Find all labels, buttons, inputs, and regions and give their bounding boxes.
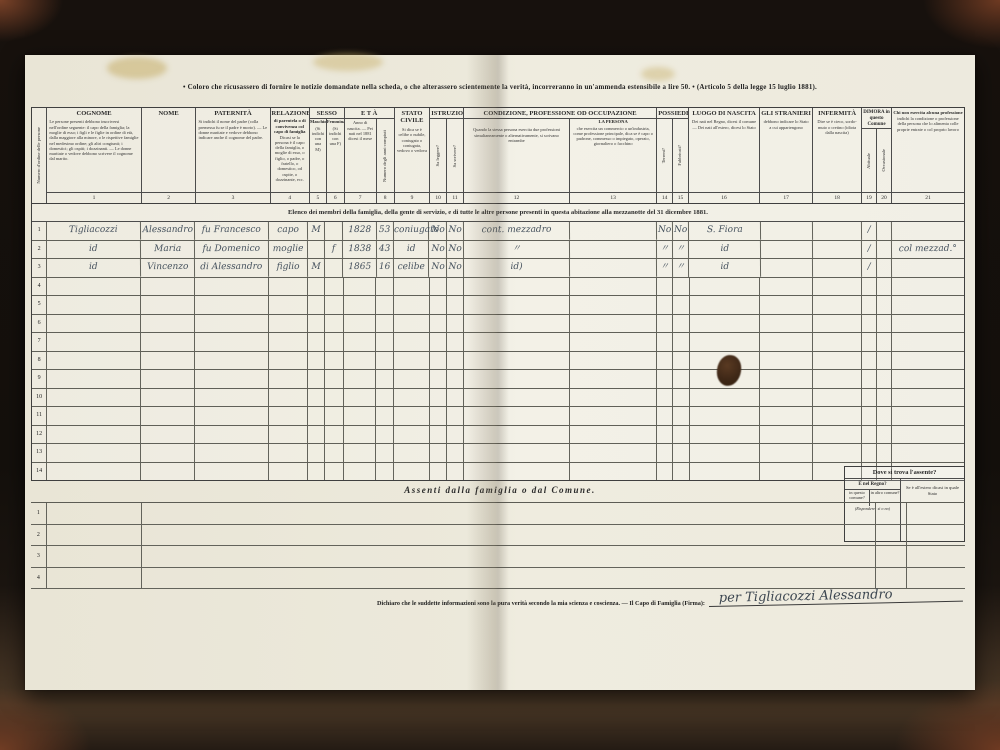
cognome-desc: Le persone presenti debbono inscriversi …	[47, 118, 140, 192]
col-num: 19	[862, 192, 876, 203]
cell-c3	[851, 525, 876, 546]
chi-non-esercita-title: Chi non esercita alcuna professione	[892, 108, 964, 115]
header-stranieri: GLI STRANIERI debbono indicare lo Stato …	[760, 108, 813, 203]
cell-professione	[464, 315, 570, 333]
cell-sesso_m	[308, 315, 325, 333]
paternita-title: PATERNITÀ	[196, 108, 269, 118]
cell-stranieri	[760, 426, 813, 444]
cell-luogo	[690, 278, 761, 296]
maschio-note: (Si indichi con una M)	[310, 125, 326, 192]
col-num: 7	[345, 192, 376, 203]
condizione-title: CONDIZIONE, PROFESSIONE OD OCCUPAZIONE	[464, 108, 656, 118]
cell-sesso_m	[308, 240, 325, 258]
relazione-desc: Dicasi se la persona è il capo della fam…	[271, 134, 309, 192]
cell-sesso_m	[308, 426, 325, 444]
cell-dim_oc	[877, 222, 892, 240]
col-num: 18	[813, 192, 861, 203]
cell-cognome	[47, 352, 141, 370]
cell-cognome	[47, 407, 141, 425]
cell-cognome: Tigliacozzi	[47, 222, 141, 240]
stranieri-title: GLI STRANIERI	[760, 108, 812, 118]
cell-relazione	[269, 389, 308, 407]
cell-persona	[570, 370, 657, 388]
cell-scrive	[447, 407, 464, 425]
cell-dim_ab	[862, 444, 877, 462]
cell-num: 12	[32, 426, 47, 444]
header-eta-anni: Numero degli anni compiuti 8	[377, 119, 394, 203]
header-dimora-occasionale: Occasionale 20	[877, 129, 891, 203]
col-num: 10	[430, 192, 446, 203]
cell-persona	[570, 389, 657, 407]
femmina-note: (Si indichi con una F)	[327, 125, 344, 192]
cell-sesso_m	[308, 333, 325, 351]
cell-terreni	[657, 407, 673, 425]
cell-num: 5	[32, 296, 47, 314]
header-sa-leggere: Sa leggere? 10	[430, 119, 447, 203]
eta-title: E T À	[345, 108, 394, 118]
cell-persona	[570, 222, 657, 240]
cell-cognome	[47, 444, 141, 462]
cell-num: 2	[31, 525, 47, 546]
header-fabbricati: Fabbricati? 15	[673, 119, 688, 203]
cell-stato	[394, 444, 429, 462]
cell-professione	[464, 444, 570, 462]
cell-stato: coniugato	[394, 222, 429, 240]
cell-sesso_f	[325, 444, 343, 462]
cell-stato	[394, 278, 429, 296]
cell-anni	[376, 426, 394, 444]
cell-dim_oc	[877, 444, 892, 462]
table-row: 3idVincenzodi AlessandrofiglioM186516cel…	[32, 259, 964, 278]
cell-paternita	[195, 352, 269, 370]
cell-terreni	[657, 463, 673, 481]
cell-fabbricati	[673, 426, 689, 444]
header-eta-anno: Anno di nascita. — Pei nati nel 1881 dic…	[345, 119, 377, 203]
main-table: Numero d'ordine delle persone COGNOME Le…	[31, 107, 965, 481]
col-num: 14	[657, 192, 672, 203]
cell-dim_oc	[877, 315, 892, 333]
cell-terreni	[657, 352, 673, 370]
cell-chi_alimenta	[892, 407, 964, 425]
col-num: 15	[673, 192, 688, 203]
cell-relazione	[269, 444, 308, 462]
condizione-desc: Quando la stessa persona esercita due pr…	[464, 119, 569, 192]
cell-c2	[142, 503, 851, 524]
cell-infermita	[813, 370, 862, 388]
luogo-nascita-title: LUOGO DI NASCITA	[689, 108, 759, 118]
declaration-text: Dichiaro che le suddette informazioni so…	[377, 600, 705, 607]
cell-fabbricati: 〃	[673, 259, 689, 277]
cell-cognome	[47, 278, 141, 296]
cell-stato	[394, 407, 429, 425]
cell-dim_oc	[877, 333, 892, 351]
cell-chi_alimenta	[892, 296, 964, 314]
cell-legge	[430, 278, 447, 296]
header-cognome: COGNOME Le persone presenti debbono insc…	[47, 108, 141, 203]
cell-terreni	[657, 389, 673, 407]
paper-stain	[313, 53, 383, 71]
cell-sesso_m: M	[308, 259, 325, 277]
cell-fabbricati	[673, 296, 689, 314]
cell-paternita: fu Domenico	[195, 240, 269, 258]
cell-cognome	[47, 463, 141, 481]
main-table-header: Numero d'ordine delle persone COGNOME Le…	[32, 108, 964, 204]
cell-nome	[141, 444, 195, 462]
cell-num: 4	[32, 278, 47, 296]
cell-legge	[430, 463, 447, 481]
cell-legge	[430, 315, 447, 333]
cell-sesso_f	[325, 389, 343, 407]
col-num: 5	[310, 192, 326, 203]
header-dimora: DIMORA in questo Comune Abituale 19 Occa…	[862, 108, 892, 203]
cell-relazione	[269, 370, 308, 388]
infermita-desc: Dire se è cieco, sordo-muto o cretino (i…	[813, 118, 861, 192]
cell-terreni	[657, 426, 673, 444]
cell-infermita	[813, 389, 862, 407]
cell-legge	[430, 370, 447, 388]
cell-cognome	[47, 296, 141, 314]
cell-anno	[344, 463, 377, 481]
relazione-subtitle: di parentela o di convivenza col capo di…	[271, 118, 309, 133]
abituale-label: Abituale	[867, 153, 872, 169]
col-num: 2	[142, 192, 196, 203]
table-row: 1	[31, 503, 965, 525]
cell-sesso_m	[308, 463, 325, 481]
cell-stranieri	[760, 444, 813, 462]
cell-scrive	[447, 426, 464, 444]
table-row: 12	[32, 426, 964, 445]
table-row: 14	[32, 463, 964, 481]
cell-stranieri	[760, 222, 813, 240]
sa-leggere-label: Sa leggere?	[436, 145, 441, 166]
cell-sesso_f	[325, 426, 343, 444]
cell-terreni	[657, 296, 673, 314]
cell-cognome	[47, 389, 141, 407]
cell-infermita	[813, 352, 862, 370]
cell-sesso_m	[308, 296, 325, 314]
cell-num: 3	[31, 546, 47, 567]
anni-compiuti-label: Numero degli anni compiuti	[383, 130, 388, 182]
cell-stranieri	[760, 240, 813, 258]
cell-sesso_f	[325, 333, 343, 351]
cell-professione: id)	[464, 259, 570, 277]
cell-dim_ab	[862, 315, 877, 333]
col-num: 9	[395, 192, 430, 203]
cell-stranieri	[760, 333, 813, 351]
cell-paternita	[195, 463, 269, 481]
cell-dim_oc	[877, 407, 892, 425]
cell-num: 4	[31, 568, 47, 589]
cell-terreni	[657, 444, 673, 462]
col-num: 12	[464, 192, 569, 203]
cell-relazione	[269, 315, 308, 333]
cell-relazione	[269, 278, 308, 296]
cell-c5	[907, 503, 965, 524]
cell-anno: 1865	[344, 259, 377, 277]
nome-title: NOME	[142, 108, 196, 118]
cell-c1	[47, 568, 143, 589]
cell-c4	[876, 568, 906, 589]
paper-stain	[107, 57, 167, 79]
cell-legge	[430, 389, 447, 407]
col-num: 3	[196, 192, 269, 203]
cell-persona	[570, 444, 657, 462]
cell-chi_alimenta	[892, 426, 964, 444]
cell-professione	[464, 296, 570, 314]
anno-nascita-desc: Anno di nascita. — Pei nati nel 1881 dic…	[345, 119, 376, 192]
cell-terreni	[657, 370, 673, 388]
cell-dim_ab	[862, 426, 877, 444]
cell-chi_alimenta	[892, 389, 964, 407]
header-sa-scrivere: Sa scrivere? 11	[447, 119, 463, 203]
header-paternita: PATERNITÀ Si indichi il nome del padre (…	[196, 108, 270, 203]
luogo-nascita-desc: Dei nati nel Regno, dicesi il comune — D…	[689, 118, 759, 192]
cell-scrive: No	[447, 222, 464, 240]
header-stato-civile: STATO CIVILE Si dica se è celibe o nubil…	[395, 108, 431, 203]
cell-legge	[430, 296, 447, 314]
cell-infermita	[813, 426, 862, 444]
cell-professione	[464, 278, 570, 296]
main-table-body: 1TigliacozziAlessandrofu FrancescocapoM1…	[32, 222, 964, 480]
cell-anno	[344, 296, 377, 314]
cell-infermita	[813, 315, 862, 333]
declaration-row: Dichiaro che le suddette informazioni so…	[377, 591, 963, 607]
cell-nome: Maria	[141, 240, 196, 258]
cell-c2	[142, 525, 851, 546]
header-infermita: INFERMITÀ Dire se è cieco, sordo-muto o …	[813, 108, 862, 203]
cell-luogo	[690, 296, 761, 314]
header-condizione-13: LA PERSONA che esercita un commercio o u…	[570, 119, 656, 203]
cell-anni	[376, 296, 394, 314]
cell-relazione	[269, 463, 308, 481]
cell-relazione	[269, 426, 308, 444]
cell-scrive	[447, 352, 464, 370]
stato-civile-title: STATO CIVILE	[395, 108, 430, 126]
cell-num: 3	[32, 259, 47, 277]
cell-sesso_m	[308, 278, 325, 296]
table-row: 4	[31, 568, 965, 590]
header-terreni: Terreni? 14	[657, 119, 673, 203]
header-dimora-abituale: Abituale 19	[862, 129, 877, 203]
cell-relazione: figlio	[269, 259, 308, 277]
cell-scrive	[447, 296, 464, 314]
cell-scrive	[447, 370, 464, 388]
cell-anno	[344, 370, 377, 388]
cell-nome	[141, 426, 195, 444]
cell-professione	[464, 370, 570, 388]
cell-c1	[47, 525, 143, 546]
cell-relazione	[269, 296, 308, 314]
header-luogo-nascita: LUOGO DI NASCITA Dei nati nel Regno, dic…	[689, 108, 760, 203]
cell-paternita: fu Francesco	[195, 222, 269, 240]
cell-chi_alimenta	[892, 222, 964, 240]
cell-dim_oc	[877, 278, 892, 296]
cell-dim_ab	[862, 389, 877, 407]
cell-anno	[344, 333, 377, 351]
cell-terreni	[657, 278, 673, 296]
cell-anni	[376, 352, 394, 370]
cell-legge: No	[430, 222, 447, 240]
cell-sesso_f	[325, 407, 343, 425]
cell-persona	[570, 426, 657, 444]
cell-chi_alimenta: col mezzad.°	[892, 240, 964, 258]
cell-c3	[851, 546, 876, 567]
cell-stato	[394, 426, 429, 444]
cell-legge	[430, 352, 447, 370]
dove-title: Dove si trova l'assente?	[845, 467, 964, 479]
cell-fabbricati: No	[673, 222, 689, 240]
table-row: 13	[32, 444, 964, 463]
cell-num: 13	[32, 444, 47, 462]
cell-anni	[376, 370, 394, 388]
cell-professione: 〃	[464, 240, 570, 258]
cell-stato	[394, 463, 429, 481]
cell-sesso_f	[325, 296, 343, 314]
cell-luogo	[690, 426, 761, 444]
cell-num: 8	[32, 352, 47, 370]
cell-stato	[394, 333, 429, 351]
cell-persona	[570, 315, 657, 333]
cell-fabbricati	[673, 389, 689, 407]
assenti-section-title: Assenti dalla famiglia o dal Comune.	[25, 485, 975, 495]
cell-chi_alimenta	[892, 315, 964, 333]
header-istruzione: ISTRUZIONE Sa leggere? 10 Sa scrivere? 1…	[430, 108, 464, 203]
cell-luogo	[690, 333, 761, 351]
cell-persona	[570, 352, 657, 370]
cell-sesso_f	[325, 352, 343, 370]
cell-nome	[141, 352, 195, 370]
cell-nome	[141, 278, 195, 296]
cell-chi_alimenta	[892, 444, 964, 462]
cell-infermita	[813, 240, 862, 258]
header-eta: E T À Anno di nascita. — Pei nati nel 18…	[345, 108, 395, 203]
cell-dim_ab	[862, 370, 877, 388]
cell-chi_alimenta	[892, 352, 964, 370]
table-row: 1TigliacozziAlessandrofu FrancescocapoM1…	[32, 222, 964, 241]
cell-sesso_f	[325, 370, 343, 388]
cell-nome	[141, 315, 195, 333]
table-row: 2idMariafu Domenicomoglief183843idNoNo〃〃…	[32, 241, 964, 260]
chi-non-esercita-desc: indichi la condizione o professione dell…	[892, 115, 964, 192]
cell-num: 9	[32, 370, 47, 388]
table-row: 8	[32, 352, 964, 371]
cell-dim_ab	[862, 352, 877, 370]
cell-anno: 1828	[344, 222, 377, 240]
cell-dim_oc	[877, 352, 892, 370]
cell-stato: celibe	[394, 259, 429, 277]
cell-luogo: id	[690, 240, 761, 258]
cell-infermita	[813, 278, 862, 296]
header-sesso-f: Femmina (Si indichi con una F) 6	[327, 119, 344, 203]
cell-infermita	[813, 296, 862, 314]
cell-infermita	[813, 407, 862, 425]
cell-nome	[141, 407, 195, 425]
cell-terreni	[657, 315, 673, 333]
cell-dim_ab: ∕	[862, 259, 877, 277]
header-numero-ordine: Numero d'ordine delle persone	[32, 108, 47, 203]
cell-anni	[376, 463, 394, 481]
cell-luogo	[690, 444, 761, 462]
cell-dim_ab	[862, 407, 877, 425]
cell-sesso_m	[308, 352, 325, 370]
cell-cognome: id	[47, 240, 141, 258]
cell-anni	[376, 407, 394, 425]
cell-dim_oc	[877, 259, 892, 277]
cell-chi_alimenta	[892, 370, 964, 388]
cell-scrive	[447, 463, 464, 481]
cell-anni	[376, 278, 394, 296]
cell-infermita	[813, 333, 862, 351]
cell-professione: cont. mezzadro	[464, 222, 570, 240]
possiede-title: POSSIEDE	[657, 108, 688, 118]
cell-cognome	[47, 426, 141, 444]
sa-scrivere-label: Sa scrivere?	[453, 145, 458, 167]
occasionale-label: Occasionale	[882, 149, 887, 171]
cell-anno	[344, 278, 377, 296]
cell-anno	[344, 389, 377, 407]
cell-persona	[570, 463, 657, 481]
cell-legge	[430, 444, 447, 462]
col-num: 16	[689, 192, 759, 203]
col-num: 20	[877, 192, 891, 203]
dimora-title: DIMORA in questo Comune	[862, 108, 891, 128]
cell-paternita	[195, 444, 269, 462]
cell-anni	[376, 389, 394, 407]
table-row: 4	[32, 278, 964, 297]
cell-persona	[570, 278, 657, 296]
cell-terreni: 〃	[657, 240, 673, 258]
cell-c2	[142, 546, 851, 567]
header-chi-non-esercita: Chi non esercita alcuna professione indi…	[892, 108, 964, 203]
cell-chi_alimenta	[892, 259, 964, 277]
cell-sesso_m	[308, 407, 325, 425]
cell-nome	[141, 370, 195, 388]
cell-c3	[851, 568, 876, 589]
cell-sesso_f	[325, 222, 343, 240]
cell-relazione	[269, 407, 308, 425]
cell-infermita	[813, 222, 862, 240]
cell-num: 10	[32, 389, 47, 407]
cell-legge: No	[430, 240, 447, 258]
fabbricati-label: Fabbricati?	[678, 145, 683, 166]
cell-professione	[464, 426, 570, 444]
cell-num: 1	[32, 222, 47, 240]
la-persona-desc: che esercita un commercio o un'industria…	[570, 125, 656, 192]
cell-num: 2	[32, 241, 47, 259]
cell-luogo	[690, 463, 761, 481]
col-num: 4	[271, 192, 309, 203]
cell-professione	[464, 352, 570, 370]
cell-stranieri	[760, 315, 813, 333]
table-row: 9	[32, 370, 964, 389]
cell-paternita	[195, 315, 269, 333]
cell-c3	[851, 503, 876, 524]
cell-paternita	[195, 426, 269, 444]
col-num: 6	[327, 192, 344, 203]
numero-ordine-label: Numero d'ordine delle persone	[37, 127, 42, 184]
cell-chi_alimenta	[892, 278, 964, 296]
cell-luogo: S. Fiora	[690, 222, 761, 240]
cell-persona	[570, 240, 657, 258]
cell-dim_ab	[862, 333, 877, 351]
cell-anni: 16	[376, 259, 394, 277]
cell-scrive: No	[447, 259, 464, 277]
cell-anni	[376, 444, 394, 462]
terreni-label: Terreni?	[662, 148, 667, 163]
penalty-warning-text: • Coloro che ricusassero di fornire le n…	[55, 83, 945, 91]
cell-luogo	[690, 315, 761, 333]
cell-fabbricati	[673, 444, 689, 462]
